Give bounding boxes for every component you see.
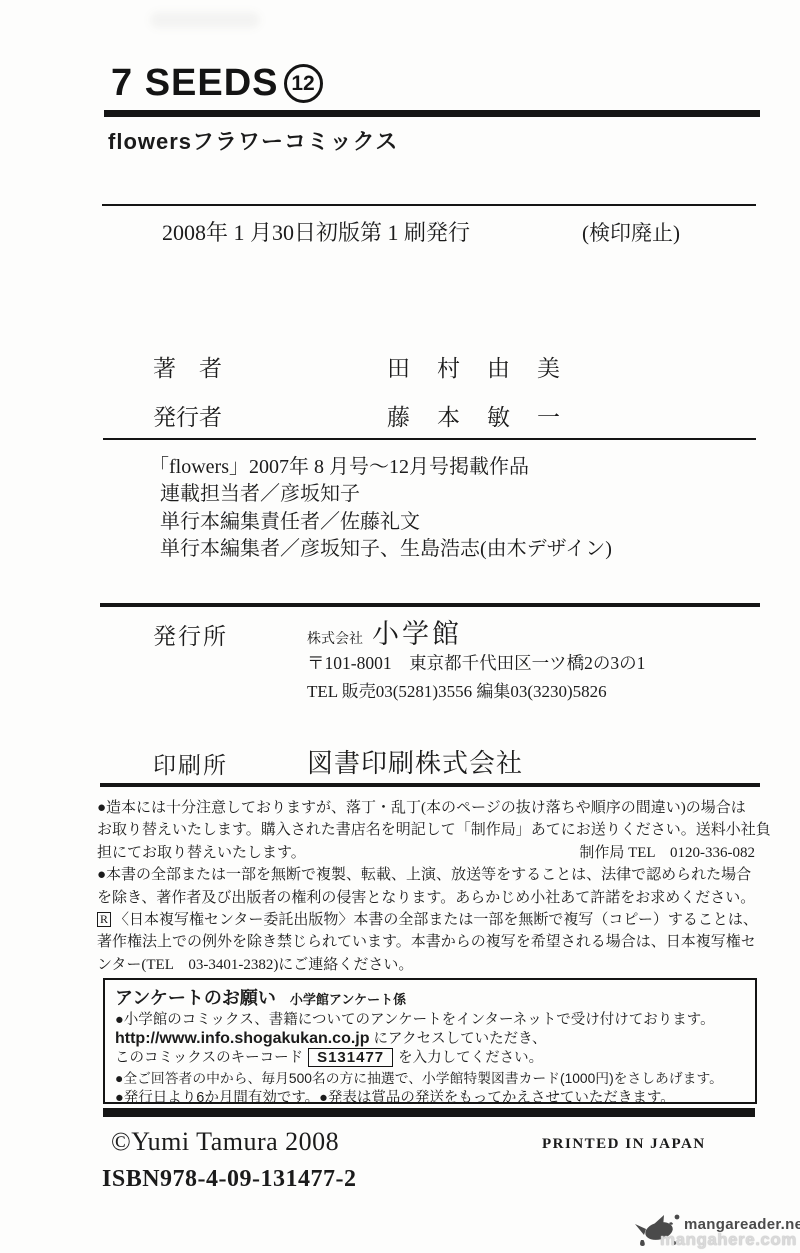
publisher-address: 〒101-8001 東京都千代田区一ツ橋2の3の1 xyxy=(307,650,645,675)
volume-badge: 12 xyxy=(284,64,323,103)
watermark-site-primary: mangareader.net xyxy=(684,1216,800,1233)
publisher-tel: TEL 販売03(5281)3556 編集03(3230)5826 xyxy=(307,677,607,702)
colophon-page: 7 SEEDS12 flowersフラワーコミックス 2008年 1 月30日初… xyxy=(0,0,800,1253)
copyright-notice-line: R〈日本複写権センター委託出版物〉本書の全部または一部を無断で複写（コピー）する… xyxy=(97,909,755,931)
publisher-name: 小学館 xyxy=(372,619,462,649)
copyright-notice-line: を除き、著作者及び出版者の権利の侵害となります。あらかじめ小社あて許諾をお求めく… xyxy=(97,887,755,909)
publisher-corp-prefix: 株式会社 xyxy=(307,632,363,647)
credit-label: 著 者 xyxy=(153,356,222,381)
binding-notice-line: 担にてお取り替えいたします。 制作局 TEL 0120-336-082 xyxy=(97,842,755,864)
volume-number: 12 xyxy=(291,72,314,95)
survey-intro: ●小学館のコミックス、書籍についてのアンケートをインターネットで受け付けておりま… xyxy=(115,1008,745,1027)
serialization-note-line: 連載担当者／彦坂知子 xyxy=(160,481,612,508)
printer-name: 図書印刷株式会社 xyxy=(307,743,523,780)
credit-label: 発行者 xyxy=(153,405,222,430)
binding-notice-line: お取り替えいたします。購入された書店名を明記して「制作局」あてにお送りください。… xyxy=(97,819,755,841)
scan-smudge xyxy=(150,12,260,28)
production-dept-tel: 制作局 TEL 0120-336-082 xyxy=(579,842,755,864)
divider-edition-top xyxy=(102,204,756,206)
printer-label: 印刷所 xyxy=(153,747,228,780)
credit-value: 田村由美 xyxy=(387,350,587,383)
divider-publisher-top xyxy=(100,603,760,607)
serialization-note-line: 「flowers」2007年 8 月号～12月号掲載作品 xyxy=(160,454,612,481)
inspection-note: (検印廃止) xyxy=(582,217,680,247)
isbn-number: ISBN978-4-09-131477-2 xyxy=(102,1166,357,1193)
credit-value: 藤本敏一 xyxy=(387,399,587,432)
divider-notices-top xyxy=(100,783,760,787)
registered-r-mark: R xyxy=(97,912,111,927)
serialization-notes: 「flowers」2007年 8 月号～12月号掲載作品 連載担当者／彦坂知子 … xyxy=(160,454,612,564)
divider-title xyxy=(104,110,760,117)
copyright-notice-line: ンター(TEL 03-3401-2382)にご連絡ください。 xyxy=(97,954,755,976)
series-title: 7 SEEDS xyxy=(111,62,279,104)
survey-heading: アンケートのお願い xyxy=(115,988,276,1008)
publisher-label: 発行所 xyxy=(153,618,228,651)
keycode-suffix: を入力してください。 xyxy=(398,1050,543,1066)
footer-bar xyxy=(103,1108,755,1117)
watermark-site-secondary: mangahere.com xyxy=(660,1230,797,1250)
survey-url-line: http://www.info.shogakukan.co.jp にアクセスして… xyxy=(115,1027,745,1046)
copyright-notice-line: 著作権法上での例外を除き禁じられています。本書からの複写を希望される場合は、日本… xyxy=(97,931,755,953)
divider-credits xyxy=(103,438,756,440)
validity-note: ●発行日より6か月間有効です。●発表は賞品の発送をもってかえさせていただきます。 xyxy=(115,1086,745,1105)
binding-notice-tail: 担にてお取り替えいたします。 xyxy=(97,842,306,864)
survey-url: http://www.info.shogakukan.co.jp xyxy=(115,1030,370,1047)
keycode-box: S131477 xyxy=(308,1048,393,1067)
binding-notice-line: ●造本には十分注意しておりますが、落丁・乱丁(本のページの抜け落ちや順序の間違い… xyxy=(97,797,755,819)
serialization-note-line: 単行本編集責任者／佐藤礼文 xyxy=(160,509,612,536)
page-title: 7 SEEDS12 xyxy=(111,62,323,105)
prize-note: ●全ご回答者の中から、毎月500名の方に抽選で、小学館特製図書カード(1000円… xyxy=(115,1067,745,1086)
copyright-notice-line: ●本書の全部または一部を無断で複製、転載、上演、放送等をすることは、法律で認めら… xyxy=(97,864,755,886)
copyright-notice-text: 〈日本複写権センター委託出版物〉本書の全部または一部を無断で複写（コピー）するこ… xyxy=(114,912,758,928)
copyright-line: ©Yumi Tamura 2008 xyxy=(111,1127,339,1157)
keycode-prefix: このコミックスのキーコード xyxy=(115,1050,303,1066)
edition-date: 2008年 1 月30日初版第 1 刷発行 xyxy=(162,216,470,247)
survey-url-suffix: にアクセスしていただき、 xyxy=(370,1031,547,1047)
imprint-label: flowersフラワーコミックス xyxy=(108,125,398,156)
printed-in-japan: PRINTED IN JAPAN xyxy=(542,1136,706,1153)
author-row: 著 者 田村由美 xyxy=(153,350,673,383)
serialization-note-line: 単行本編集者／彦坂知子、生島浩志(由木デザイン) xyxy=(160,536,612,563)
survey-heading-row: アンケートのお願い小学館アンケート係 xyxy=(115,984,745,1008)
publisher-person-row: 発行者 藤本敏一 xyxy=(153,399,673,432)
legal-notices: ●造本には十分注意しておりますが、落丁・乱丁(本のページの抜け落ちや順序の間違い… xyxy=(97,797,755,976)
survey-box: アンケートのお願い小学館アンケート係 ●小学館のコミックス、書籍についてのアンケ… xyxy=(103,978,757,1104)
survey-keycode-line: このコミックスのキーコードS131477を入力してください。 xyxy=(115,1046,745,1067)
survey-subheading: 小学館アンケート係 xyxy=(290,992,406,1007)
publisher-company: 株式会社小学館 xyxy=(307,612,462,651)
